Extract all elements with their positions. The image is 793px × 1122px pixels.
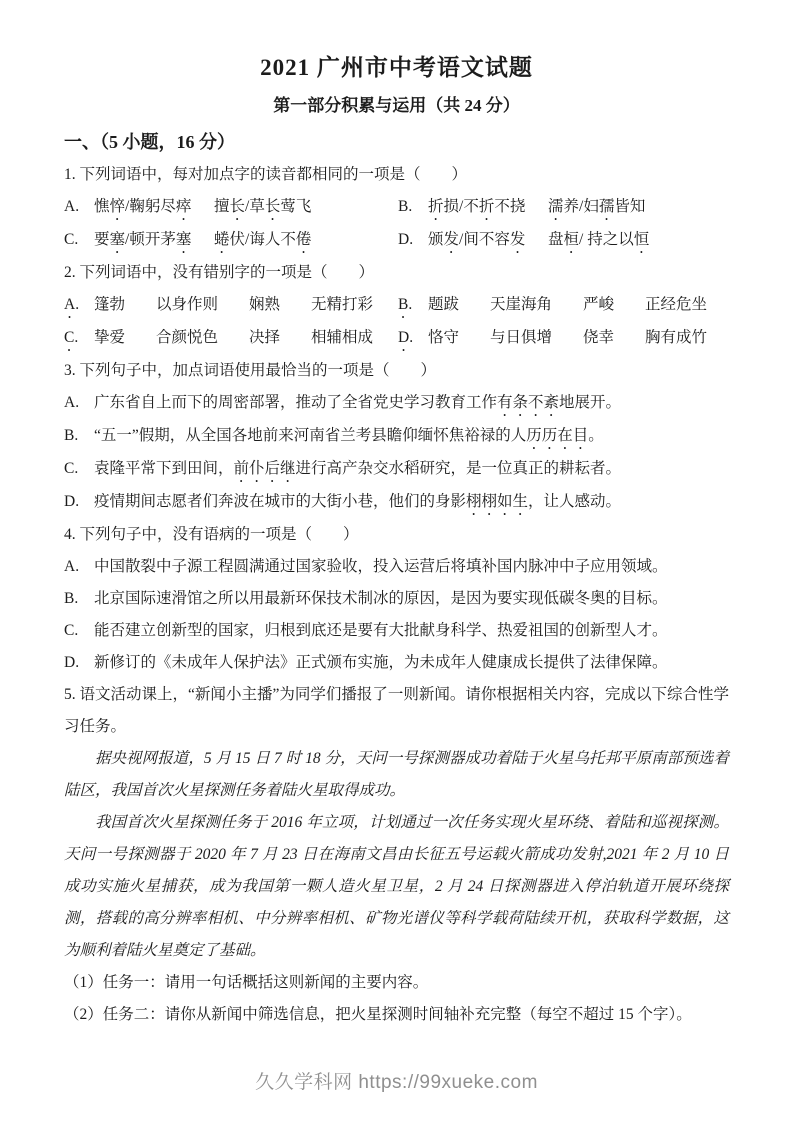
word-pair: 颁发/间不容发 xyxy=(428,224,548,257)
question-1-option-b: B. 折损/不折不挠 濡养/妇孺皆知 xyxy=(398,191,729,224)
question-2-option-a: A. 篷勃 以身作则 娴熟 无精打彩 xyxy=(64,289,398,322)
option-sentence: 中国散裂中子源工程圆满通过国家验收，投入运营后将填补国内脉冲中子应用领域。 xyxy=(94,551,729,583)
option-sentence: 能否建立创新型的国家，归根到底还是要有大批献身科学、热爱祖国的创新型人才。 xyxy=(94,615,729,647)
watermark-footer: 久久学科网 https://99xueke.com xyxy=(0,1067,793,1094)
option-label: D. xyxy=(64,486,94,519)
question-2-option-b: B. 题跋 天崖海角 严峻 正经危坐 xyxy=(398,289,729,322)
question-3-option-c: C. 袁隆平常下到田间，前仆后继进行高产杂交水稻研究，是一位真正的耕耘者。 xyxy=(64,453,729,486)
option-label: B. xyxy=(64,420,94,453)
question-5-stem: 5. 语文活动课上，“新闻小主播”为同学们播报了一则新闻。请你根据相关内容，完成… xyxy=(64,679,729,743)
option-label: A. xyxy=(64,191,94,224)
option-sentence: 新修订的《未成年人保护法》正式颁布实施，为未成年人健康成长提供了法律保障。 xyxy=(94,647,729,679)
question-1-options-row-1: A. 憔悴/鞠躬尽瘁 擅长/草长莺飞 B. 折损/不折不挠 濡养/妇孺皆知 xyxy=(64,191,729,224)
exam-document: 2021 广州市中考语文试题 第一部分积累与运用（共 24 分） 一、（5 小题… xyxy=(0,0,793,1031)
question-2-options-row-2: C. 挚爱 合颜悦色 决择 相辅相成 D. 恪守 与日俱增 侥幸 胸有成竹 xyxy=(64,322,729,355)
question-4-option-c: C. 能否建立创新型的国家，归根到底还是要有大批献身科学、热爱祖国的创新型人才。 xyxy=(64,615,729,647)
page-title: 2021 广州市中考语文试题 xyxy=(64,52,729,84)
option-label: C. xyxy=(64,615,94,647)
question-4-option-a: A. 中国散裂中子源工程圆满通过国家验收，投入运营后将填补国内脉冲中子应用领域。 xyxy=(64,551,729,583)
question-1-option-d: D. 颁发/间不容发 盘桓/ 持之以恒 xyxy=(398,224,729,257)
option-label: B. xyxy=(398,289,428,322)
word-list: 恪守 与日俱增 侥幸 胸有成竹 xyxy=(428,322,707,355)
question-3-option-d: D. 疫情期间志愿者们奔波在城市的大街小巷，他们的身影栩栩如生，让人感动。 xyxy=(64,486,729,519)
question-2-options-row-1: A. 篷勃 以身作则 娴熟 无精打彩 B. 题跋 天崖海角 严峻 正经危坐 xyxy=(64,289,729,322)
question-1-options-row-2: C. 要塞/顿开茅塞 蜷伏/诲人不倦 D. 颁发/间不容发 盘桓/ 持之以恒 xyxy=(64,224,729,257)
option-label: B. xyxy=(64,583,94,615)
option-label: D. xyxy=(398,224,428,257)
option-label: C. xyxy=(64,322,94,355)
word-pair: 要塞/顿开茅塞 xyxy=(94,224,214,257)
word-pair: 濡养/妇孺皆知 xyxy=(548,191,645,224)
question-3-stem: 3. 下列句子中，加点词语使用最恰当的一项是（ ） xyxy=(64,355,729,387)
task-1: （1）任务一：请用一句话概括这则新闻的主要内容。 xyxy=(64,967,729,999)
question-4-option-d: D. 新修订的《未成年人保护法》正式颁布实施，为未成年人健康成长提供了法律保障。 xyxy=(64,647,729,679)
question-2-option-c: C. 挚爱 合颜悦色 决择 相辅相成 xyxy=(64,322,398,355)
option-sentence: 疫情期间志愿者们奔波在城市的大街小巷，他们的身影栩栩如生，让人感动。 xyxy=(94,486,729,519)
question-1-option-a: A. 憔悴/鞠躬尽瘁 擅长/草长莺飞 xyxy=(64,191,398,224)
option-sentence: 袁隆平常下到田间，前仆后继进行高产杂交水稻研究，是一位真正的耕耘者。 xyxy=(94,453,729,486)
option-label: D. xyxy=(64,647,94,679)
news-paragraph-2: 我国首次火星探测任务于 2016 年立项，计划通过一次任务实现火星环绕、着陆和巡… xyxy=(64,807,729,967)
question-2-stem: 2. 下列词语中，没有错别字的一项是（ ） xyxy=(64,257,729,289)
question-3-option-a: A. 广东省自上而下的周密部署，推动了全省党史学习教育工作有条不紊地展开。 xyxy=(64,387,729,420)
option-label: C. xyxy=(64,453,94,486)
question-1-stem: 1. 下列词语中，每对加点字的读音都相同的一项是（ ） xyxy=(64,159,729,191)
option-sentence: 广东省自上而下的周密部署，推动了全省党史学习教育工作有条不紊地展开。 xyxy=(94,387,729,420)
task-2: （2）任务二：请你从新闻中筛选信息，把火星探测时间轴补充完整（每空不超过 15 … xyxy=(64,999,729,1031)
question-4-stem: 4. 下列句子中，没有语病的一项是（ ） xyxy=(64,519,729,551)
part-heading: 第一部分积累与运用（共 24 分） xyxy=(64,92,729,120)
word-list: 挚爱 合颜悦色 决择 相辅相成 xyxy=(94,322,373,355)
option-sentence: 北京国际速滑馆之所以用最新环保技术制冰的原因，是因为要实现低碳冬奥的目标。 xyxy=(94,583,729,615)
word-list: 篷勃 以身作则 娴熟 无精打彩 xyxy=(94,289,373,322)
question-3-option-b: B. “五一”假期，从全国各地前来河南省兰考县瞻仰缅怀焦裕禄的人历历在目。 xyxy=(64,420,729,453)
option-sentence: “五一”假期，从全国各地前来河南省兰考县瞻仰缅怀焦裕禄的人历历在目。 xyxy=(94,420,729,453)
option-label: A. xyxy=(64,387,94,420)
word-pair: 折损/不折不挠 xyxy=(428,191,548,224)
option-label: B. xyxy=(398,191,428,224)
question-1-option-c: C. 要塞/顿开茅塞 蜷伏/诲人不倦 xyxy=(64,224,398,257)
word-pair: 憔悴/鞠躬尽瘁 xyxy=(94,191,214,224)
section-heading: 一、（5 小题，16 分） xyxy=(64,127,729,157)
word-pair: 擅长/草长莺飞 xyxy=(214,191,311,224)
option-label: A. xyxy=(64,289,94,322)
question-4-option-b: B. 北京国际速滑馆之所以用最新环保技术制冰的原因，是因为要实现低碳冬奥的目标。 xyxy=(64,583,729,615)
option-label: C. xyxy=(64,224,94,257)
word-pair: 盘桓/ 持之以恒 xyxy=(548,224,649,257)
word-pair: 蜷伏/诲人不倦 xyxy=(214,224,311,257)
option-label: D. xyxy=(398,322,428,355)
word-list: 题跋 天崖海角 严峻 正经危坐 xyxy=(428,289,707,322)
question-2-option-d: D. 恪守 与日俱增 侥幸 胸有成竹 xyxy=(398,322,729,355)
news-paragraph-1: 据央视网报道，5 月 15 日 7 时 18 分，天问一号探测器成功着陆于火星乌… xyxy=(64,743,729,807)
option-label: A. xyxy=(64,551,94,583)
